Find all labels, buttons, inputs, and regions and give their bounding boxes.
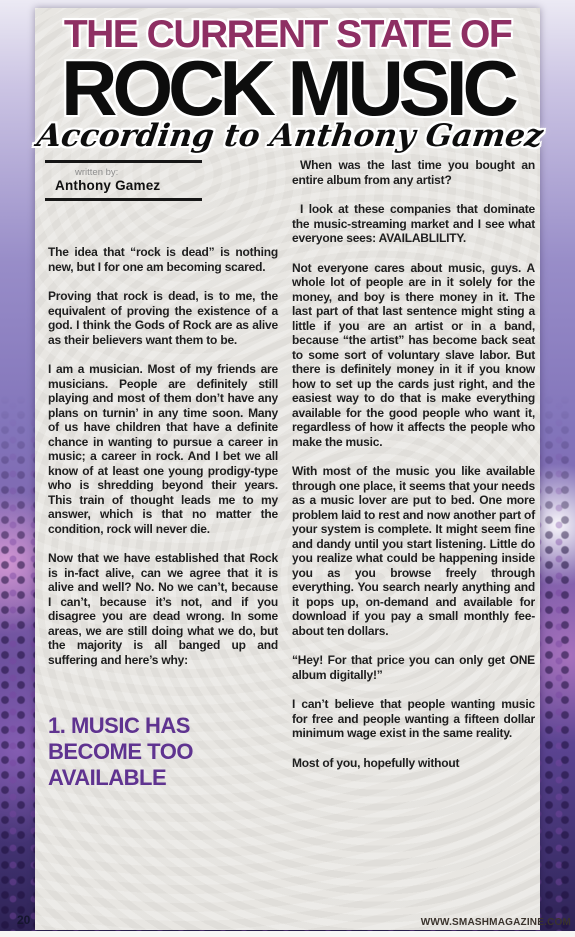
- article-paragraph: With most of the music you like availabl…: [292, 464, 535, 638]
- article-columns: written by: Anthony Gamez The idea that …: [35, 153, 540, 791]
- article-pull-quote: “Hey! For that price you can only get ON…: [292, 653, 535, 682]
- byline-author: Anthony Gamez: [55, 178, 202, 193]
- magazine-website: WWW.SMASHMAGAZINE.COM: [421, 917, 571, 928]
- article-paragraph: The idea that “rock is dead” is nothing …: [48, 245, 278, 274]
- byline-box: written by: Anthony Gamez: [45, 160, 202, 201]
- byline-label: written by:: [75, 167, 202, 178]
- article-paragraph: When was the last time you bought an ent…: [292, 158, 535, 187]
- article-column-left: written by: Anthony Gamez The idea that …: [48, 153, 278, 791]
- article-paragraph-truncated: Most of you, hopefully without: [292, 756, 535, 771]
- article-column-right: When was the last time you bought an ent…: [292, 153, 535, 791]
- page-number: 20: [17, 913, 30, 927]
- article-paragraph: I am a musician. Most of my friends are …: [48, 362, 278, 536]
- article-paragraph: Not everyone cares about music, guys. A …: [292, 261, 535, 450]
- magazine-page: THE CURRENT STATE OF ROCK MUSIC Accordin…: [0, 0, 575, 937]
- headline-title: ROCK MUSIC: [35, 55, 540, 121]
- bottom-margin-strip: [0, 931, 575, 937]
- headline-block: THE CURRENT STATE OF ROCK MUSIC Accordin…: [35, 15, 540, 153]
- article-paragraph: Proving that rock is dead, is to me, the…: [48, 289, 278, 347]
- headline-script-subtitle: According to Anthony Gamez: [35, 119, 537, 153]
- section-heading-1: 1. MUSIC HAS BECOME TOO AVAILABLE: [48, 713, 278, 791]
- article-paper: THE CURRENT STATE OF ROCK MUSIC Accordin…: [35, 8, 540, 930]
- article-paragraph: I can’t believe that people wanting musi…: [292, 697, 535, 741]
- article-paragraph: I look at these companies that dominate …: [292, 202, 535, 246]
- article-paragraph: Now that we have established that Rock i…: [48, 551, 278, 667]
